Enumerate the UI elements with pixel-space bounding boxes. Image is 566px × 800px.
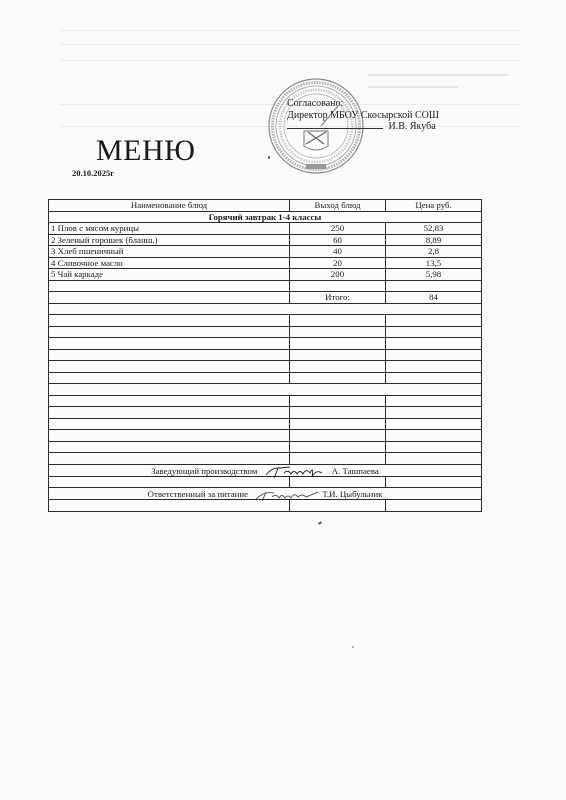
- signature-cell: Заведующий производством А. Ташпаева: [49, 464, 482, 476]
- empty-cell: [386, 361, 482, 373]
- dish-price: 13,5: [386, 257, 482, 269]
- total-value: 84: [386, 292, 482, 304]
- nutrition-responsible-label: Ответственный за питание: [148, 489, 248, 499]
- bleed-through-line: [368, 74, 508, 76]
- empty-cell: [49, 338, 290, 350]
- empty-cell: [290, 315, 386, 327]
- header-dish-name: Наименование блюд: [49, 200, 290, 212]
- empty-cell: [386, 430, 482, 442]
- bleed-through-line: [60, 44, 520, 45]
- dish-yield: 200: [290, 269, 386, 281]
- empty-cell: [49, 326, 290, 338]
- table-header-row: Наименование блюд Выход блюд Цена руб.: [49, 200, 482, 212]
- bleed-through-line: [60, 60, 520, 61]
- empty-cell: [49, 430, 290, 442]
- empty-section-row: [49, 384, 482, 396]
- dish-name: 2 Зеленый горошек (бланш.): [49, 234, 290, 246]
- empty-cell: [386, 441, 482, 453]
- empty-cell: [49, 384, 482, 396]
- empty-cell: [290, 395, 386, 407]
- signature-cell: Ответственный за питание Т.И. Цыбульник: [49, 488, 482, 500]
- empty-cell: [386, 326, 482, 338]
- dish-price: 2,8: [386, 246, 482, 258]
- header-yield: Выход блюд: [290, 200, 386, 212]
- section-title-row: Горячий завтрак 1-4 классы: [49, 211, 482, 223]
- empty-cell: [290, 430, 386, 442]
- total-row: Итого: 84: [49, 292, 482, 304]
- empty-row: [49, 326, 482, 338]
- approval-position: Директор МБОУ Скосырской СОШ: [287, 110, 439, 122]
- dish-name: 3 Хлеб пшеничный: [49, 246, 290, 258]
- empty-cell: [386, 407, 482, 419]
- approval-signatory-line: И.В. Якуба: [287, 121, 439, 133]
- nutrition-responsible-signature-row: Ответственный за питание Т.И. Цыбульник: [49, 488, 482, 500]
- production-head-name: А. Ташпаева: [332, 466, 379, 476]
- empty-row: [49, 395, 482, 407]
- empty-row: [49, 407, 482, 419]
- production-head-label: Заведующий производством: [151, 466, 257, 476]
- scan-speck: [352, 646, 354, 648]
- scan-speck: [318, 521, 322, 525]
- empty-row: [49, 361, 482, 373]
- empty-cell: [49, 315, 290, 327]
- empty-cell: [290, 418, 386, 430]
- empty-cell: [386, 395, 482, 407]
- dish-price: 5,98: [386, 269, 482, 281]
- menu-date: 20.10.2025г: [72, 168, 114, 178]
- dish-name: 4 Сливочное масло: [49, 257, 290, 269]
- empty-row: [49, 349, 482, 361]
- empty-row: [49, 280, 482, 292]
- empty-cell: [49, 407, 290, 419]
- empty-cell: [290, 372, 386, 384]
- empty-cell: [290, 349, 386, 361]
- empty-cell: [386, 372, 482, 384]
- dish-name: 1 Плов с мясом курицы: [49, 223, 290, 235]
- dish-yield: 20: [290, 257, 386, 269]
- menu-table: Наименование блюд Выход блюд Цена руб. Г…: [48, 199, 482, 512]
- total-label: Итого:: [290, 292, 386, 304]
- empty-row: [49, 430, 482, 442]
- dish-price: 52,83: [386, 223, 482, 235]
- dish-yield: 250: [290, 223, 386, 235]
- empty-section-row: [49, 303, 482, 315]
- empty-cell: [290, 338, 386, 350]
- handwritten-signature-icon: [254, 488, 320, 502]
- empty-row: [49, 418, 482, 430]
- empty-cell: [49, 453, 290, 465]
- empty-cell: [290, 280, 386, 292]
- empty-row: [49, 441, 482, 453]
- empty-cell: [49, 395, 290, 407]
- empty-cell: [49, 349, 290, 361]
- empty-cell: [386, 418, 482, 430]
- bleed-through-line: [60, 30, 520, 31]
- table-row: 3 Хлеб пшеничный 40 2,8: [49, 246, 482, 258]
- dish-price: 8,89: [386, 234, 482, 246]
- empty-cell: [49, 292, 290, 304]
- empty-cell: [386, 315, 482, 327]
- handwritten-signature-icon: [264, 465, 330, 479]
- empty-row: [49, 315, 482, 327]
- empty-cell: [386, 453, 482, 465]
- empty-cell: [290, 326, 386, 338]
- section-title: Горячий завтрак 1-4 классы: [49, 211, 482, 223]
- approval-label: Согласовано:: [287, 98, 439, 110]
- table-row: 4 Сливочное масло 20 13,5: [49, 257, 482, 269]
- empty-cell: [49, 280, 290, 292]
- empty-cell: [290, 407, 386, 419]
- empty-cell: [386, 280, 482, 292]
- production-head-signature-row: Заведующий производством А. Ташпаева: [49, 464, 482, 476]
- empty-cell: [49, 372, 290, 384]
- table-row: 1 Плов с мясом курицы 250 52,83: [49, 223, 482, 235]
- empty-cell: [49, 441, 290, 453]
- empty-cell: [49, 361, 290, 373]
- header-price: Цена руб.: [386, 200, 482, 212]
- empty-cell: [290, 441, 386, 453]
- approval-signatory: И.В. Якуба: [389, 121, 436, 132]
- dish-name: 5 Чай каркаде: [49, 269, 290, 281]
- empty-cell: [386, 349, 482, 361]
- empty-row: [49, 338, 482, 350]
- approval-block: Согласовано: Директор МБОУ Скосырской СО…: [287, 98, 439, 133]
- bleed-through-line: [368, 86, 458, 88]
- page-title: МЕНЮ: [96, 134, 196, 168]
- dish-yield: 60: [290, 234, 386, 246]
- empty-cell: [290, 361, 386, 373]
- empty-cell: [386, 338, 482, 350]
- signature-line: [287, 128, 383, 129]
- empty-cell: [49, 418, 290, 430]
- empty-cell: [49, 303, 482, 315]
- table-row: 2 Зеленый горошек (бланш.) 60 8,89: [49, 234, 482, 246]
- dish-yield: 40: [290, 246, 386, 258]
- empty-row: [49, 453, 482, 465]
- empty-row: [49, 372, 482, 384]
- nutrition-responsible-name: Т.И. Цыбульник: [322, 489, 382, 499]
- table-row: 5 Чай каркаде 200 5,98: [49, 269, 482, 281]
- empty-cell: [290, 453, 386, 465]
